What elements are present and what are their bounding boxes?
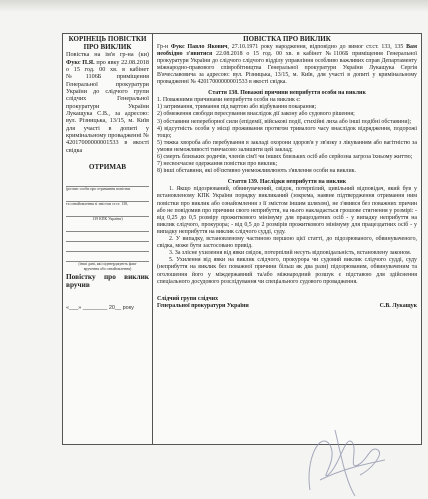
summons-table: КОРІНЕЦЬ ПОВІСТКИ ПРО ВИКЛИК Повістка на… [62, 33, 422, 445]
article-139-item: 2. У випадку, встановленому частиною пер… [157, 236, 417, 250]
scan-edge [0, 0, 428, 12]
stub-title: КОРІНЕЦЬ ПОВІСТКИ ПРО ВИКЛИК [66, 36, 149, 51]
handwritten-signature-icon [300, 420, 390, 498]
signature-line [66, 242, 149, 252]
stub-column: КОРІНЕЦЬ ПОВІСТКИ ПРО ВИКЛИК Повістка на… [63, 34, 153, 444]
summons-body: Гр-н Фукс Павло Якович, 27.10.1971 року … [157, 44, 417, 87]
article-139-item: 1. Якщо підозрюваний, обвинувачений, сві… [157, 186, 417, 236]
signature-line [66, 232, 149, 242]
signature-line [66, 207, 149, 217]
signer-row: Генеральної прокуратури України С.В. Лук… [157, 303, 417, 310]
signer-office: Генеральної прокуратури України [157, 303, 249, 310]
article-138-item: 4) відсутність особи у місці проживання … [157, 126, 417, 140]
stub-name: Фукс П.Я. [66, 59, 95, 66]
served-label: Повістку про виклик вручив [66, 273, 149, 289]
signer-position: Слідчий групи слідчих [157, 296, 417, 303]
article-138-item: 5) тяжка хвороба або перебування в закла… [157, 140, 417, 154]
article-138-item: 3) обставини непереборної сили (епідемії… [157, 119, 417, 126]
stub-text: Повістка на ім'я гр-на (ки) Фукс П.Я. пр… [66, 51, 149, 154]
article-139-item: 5. Ухилення від явки на виклик слідчого,… [157, 257, 417, 285]
summons-title: ПОВІСТКА ПРО ВИКЛИК [157, 36, 417, 44]
signer-name: С.В. Лукащук [380, 303, 417, 310]
summoned-name: Фукс Павло Якович [171, 44, 228, 50]
signature-line [66, 252, 149, 262]
date-line: «___» ________ 20__ року [66, 305, 149, 312]
signature-line [66, 192, 149, 202]
received-label: ОТРИМАВ [66, 164, 149, 171]
article-138-item: 8) інші обставини, які об'єктивно унемож… [157, 168, 417, 175]
summons-column: ПОВІСТКА ПРО ВИКЛИК Гр-н Фукс Павло Яков… [153, 34, 421, 444]
signature-line [66, 222, 149, 232]
signature-line [66, 177, 149, 187]
article-138-item: 2) обмеження свободи пересування внаслід… [157, 111, 417, 118]
